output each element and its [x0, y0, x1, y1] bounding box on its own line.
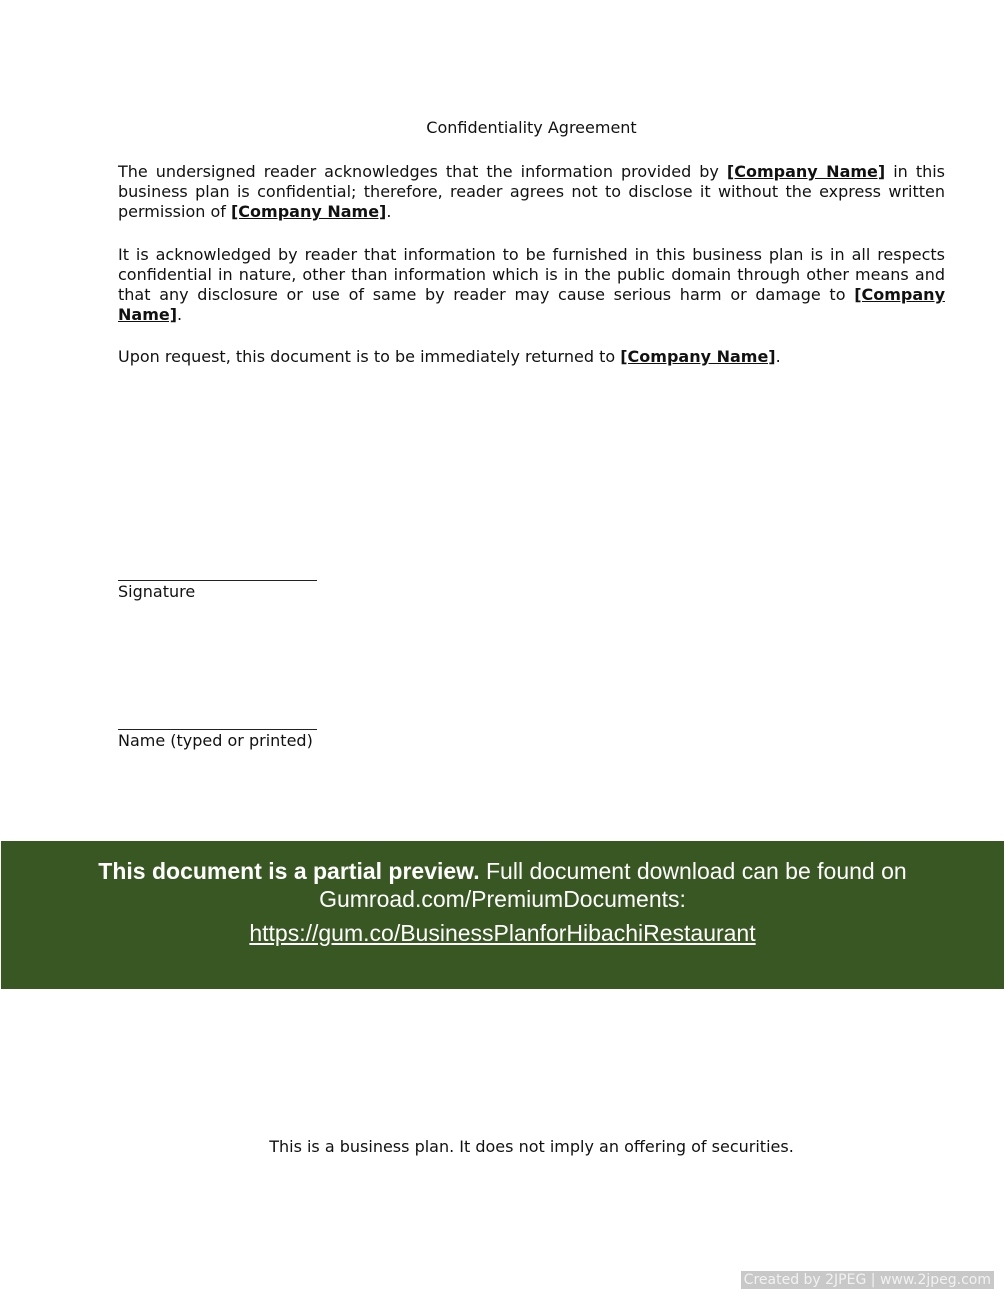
paragraph-text: It is acknowledged by reader that inform…: [118, 245, 945, 304]
preview-notice: This document is a partial preview. Full…: [1, 857, 1004, 913]
paragraph-text: Upon request, this document is to be imm…: [118, 347, 620, 366]
paragraph-3: Upon request, this document is to be imm…: [118, 347, 945, 367]
preview-notice-bold: This document is a partial preview.: [98, 858, 479, 884]
paragraph-text: .: [776, 347, 781, 366]
securities-disclaimer: This is a business plan. It does not imp…: [0, 1137, 1005, 1156]
paragraph-text: .: [177, 305, 182, 324]
paragraph-text: The undersigned reader acknowledges that…: [118, 162, 727, 181]
watermark: Created by 2JPEG | www.2jpeg.com: [741, 1271, 994, 1289]
name-label: Name (typed or printed): [118, 731, 313, 750]
company-name: [Company Name]: [727, 162, 885, 181]
preview-banner: This document is a partial preview. Full…: [1, 841, 1004, 989]
paragraph-text: .: [386, 202, 391, 221]
name-line: [118, 729, 317, 730]
company-name: [Company Name]: [231, 202, 386, 221]
signature-line: [118, 580, 317, 581]
paragraph-1: The undersigned reader acknowledges that…: [118, 162, 945, 222]
document-title: Confidentiality Agreement: [0, 118, 1005, 137]
download-link[interactable]: https://gum.co/BusinessPlanforHibachiRes…: [1, 920, 1004, 947]
signature-label: Signature: [118, 582, 195, 601]
company-name: [Company Name]: [620, 347, 775, 366]
paragraph-2: It is acknowledged by reader that inform…: [118, 245, 945, 325]
